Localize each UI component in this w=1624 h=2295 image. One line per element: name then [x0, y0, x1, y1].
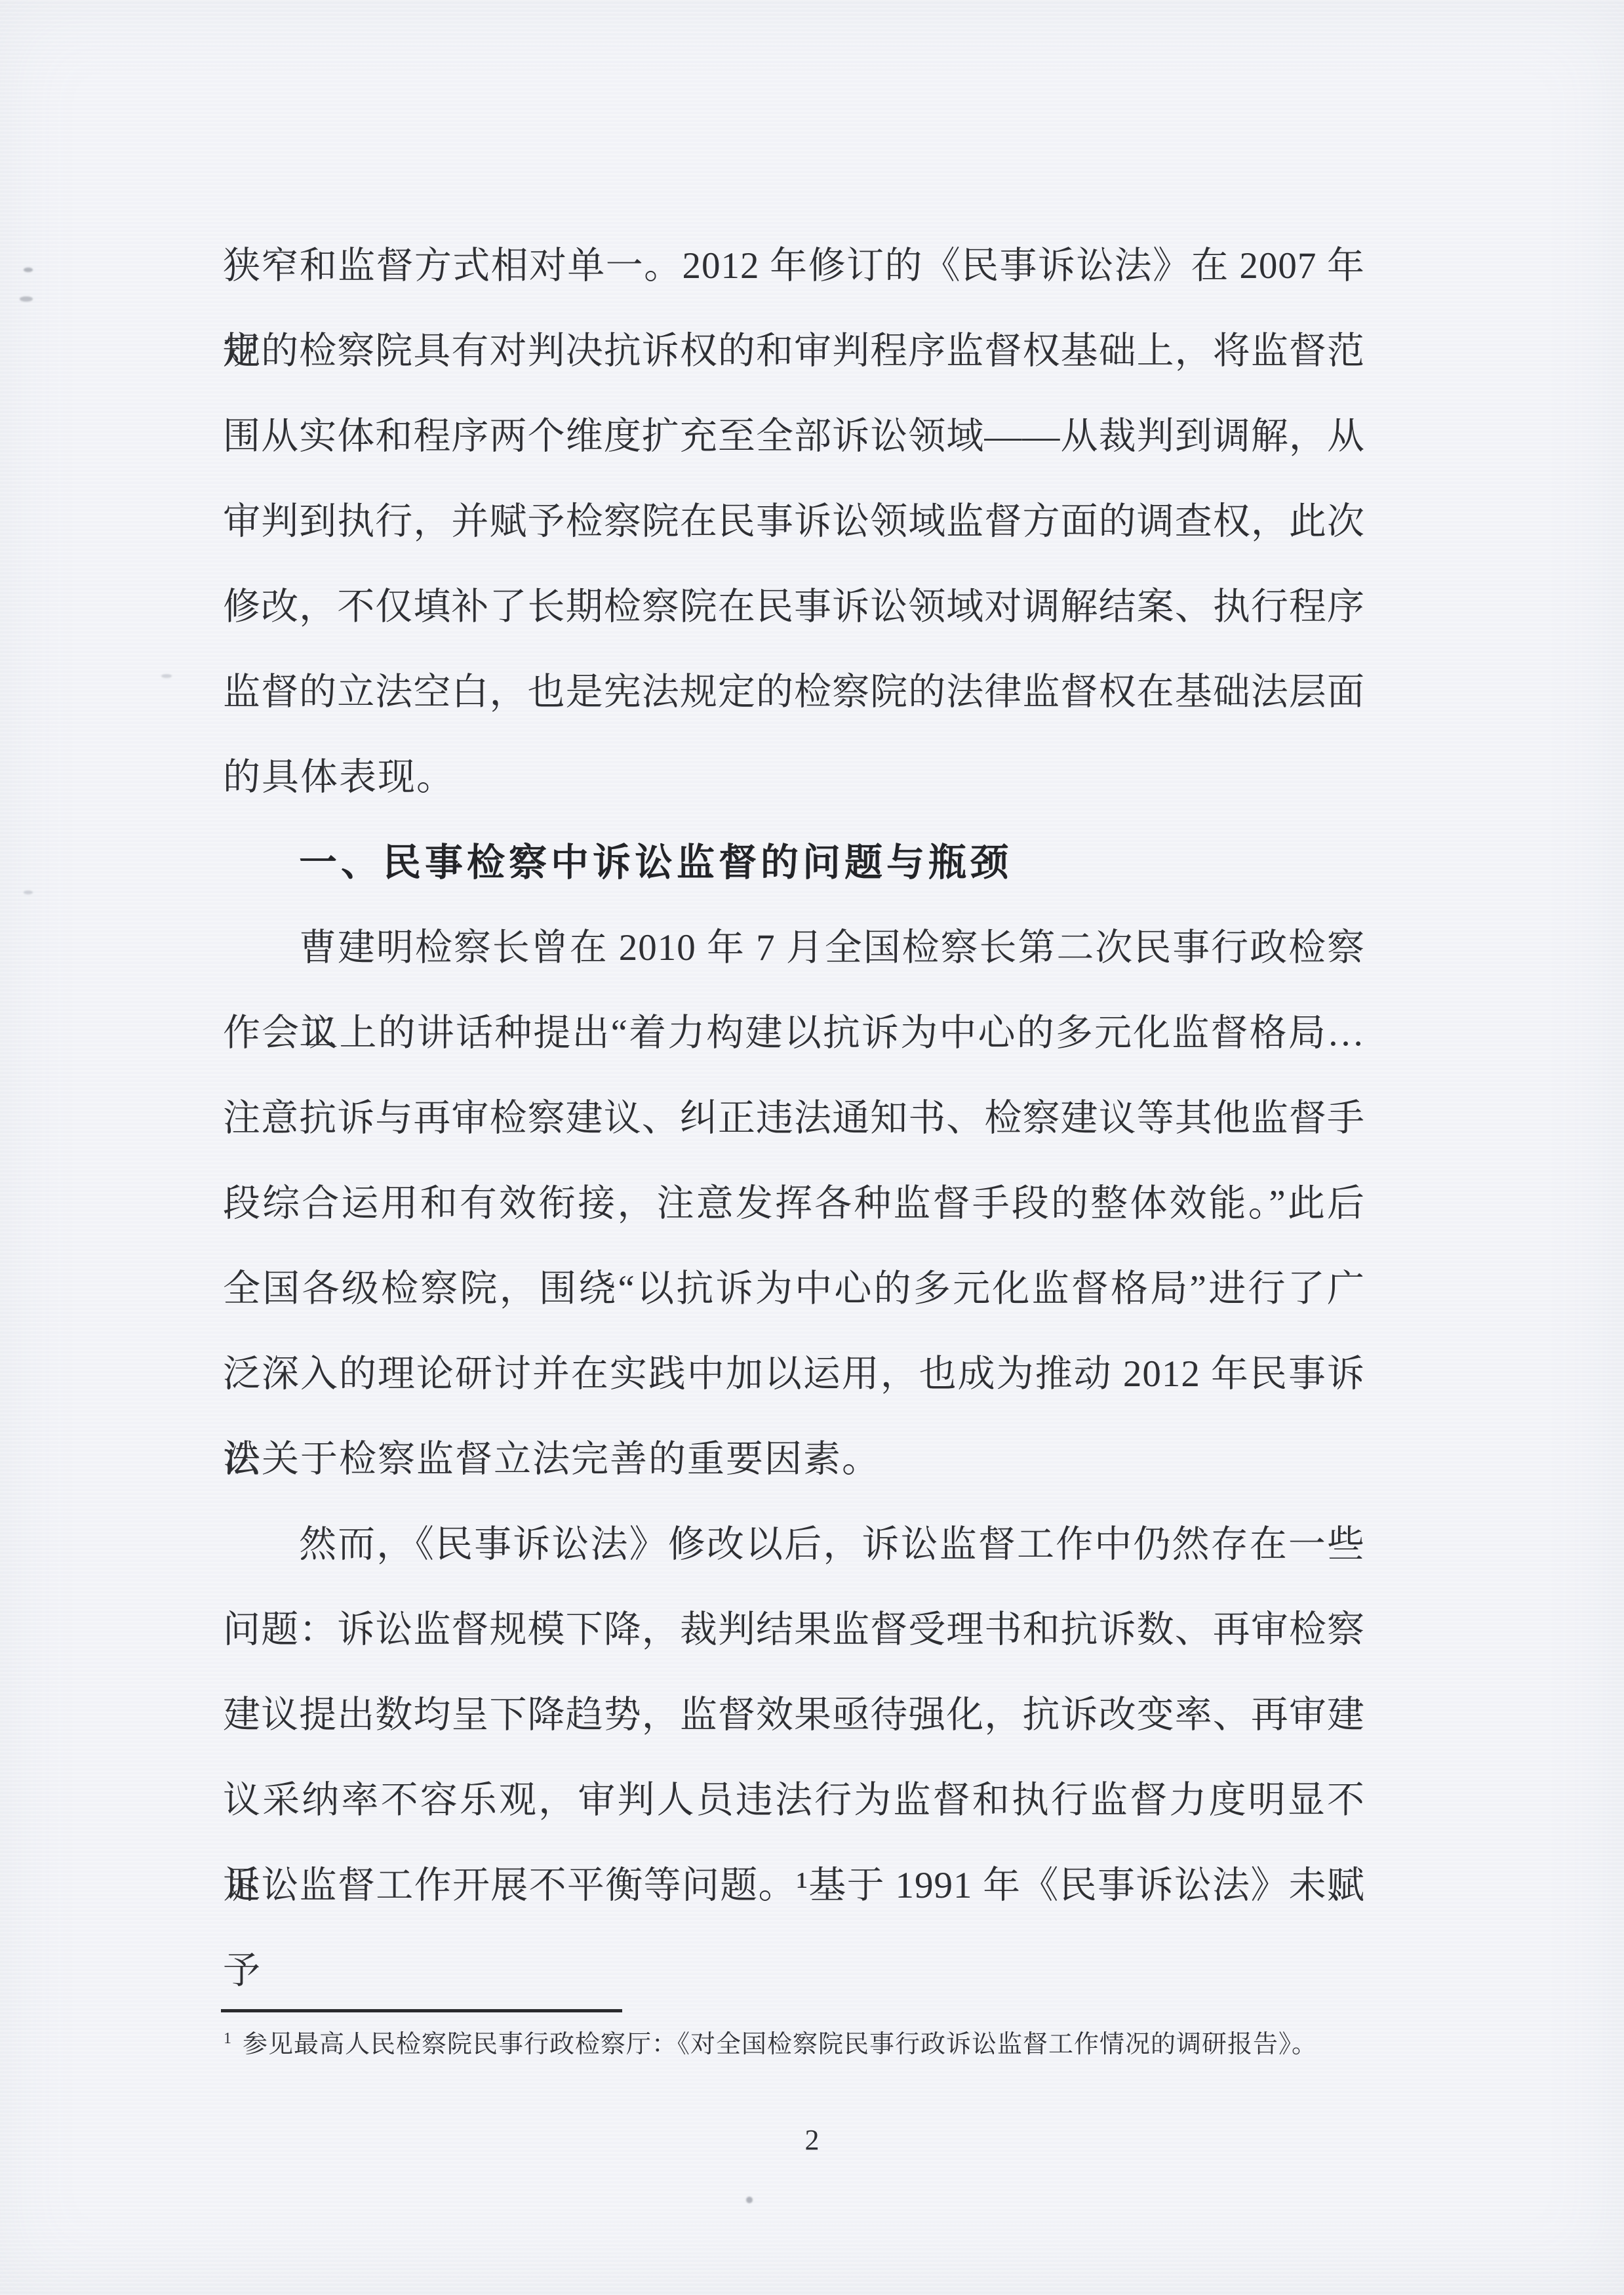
- scan-smudge: [20, 296, 33, 302]
- text-line: 狭窄和监督方式相对单一。2012 年修订的《民事诉讼法》在 2007 年规: [223, 224, 1365, 309]
- text-line: 定的检察院具有对判决抗诉权的和审判程序监督权基础上，将监督范: [223, 309, 1365, 394]
- text-line: 段综合运用和有效衔接，注意发挥各种监督手段的整体效能。”此后: [223, 1161, 1365, 1247]
- footnote-text: 参见最高人民检察院民事行政检察厅：《对全国检察院民事行政诉讼监督工作情况的调研报…: [243, 2031, 1317, 2058]
- scanned-document-page: 狭窄和监督方式相对单一。2012 年修订的《民事诉讼法》在 2007 年规 定的…: [0, 0, 1624, 2295]
- text-line: 注意抗诉与再审检察建议、纠正违法通知书、检察建议等其他监督手: [223, 1076, 1365, 1161]
- section-heading: 一、民事检察中诉讼监督的问题与瓶颈: [223, 820, 1365, 906]
- text-line: 监督的立法空白，也是宪法规定的检察院的法律监督权在基础法层面: [223, 650, 1365, 735]
- scan-smudge: [24, 890, 33, 894]
- footnote-marker: 1: [224, 2030, 232, 2047]
- text-line: 诉讼监督工作开展不平衡等问题。¹基于 1991 年《民事诉讼法》未赋予: [223, 1843, 1365, 1928]
- text-line: 围从实体和程序两个维度扩充至全部诉讼领域——从裁判到调解，从: [223, 394, 1365, 479]
- text-line: 审判到执行，并赋予检察院在民事诉讼领域监督方面的调查权，此次: [223, 479, 1365, 565]
- text-line: 修改，不仅填补了长期检察院在民事诉讼领域对调解结案、执行程序: [223, 565, 1365, 650]
- text-line: 建议提出数均呈下降趋势，监督效果亟待强化，抗诉改变率、再审建: [223, 1673, 1365, 1758]
- page-number: 2: [0, 2123, 1624, 2157]
- text-line: 全国各级检察院，围绕“以抗诉为中心的多元化监督格局”进行了广: [223, 1247, 1365, 1332]
- text-line: 然而，《民事诉讼法》修改以后，诉讼监督工作中仍然存在一些: [223, 1502, 1365, 1587]
- scan-smudge: [746, 2197, 753, 2203]
- scan-smudge: [24, 268, 33, 272]
- text-line: 作会议上的讲话种提出“着力构建以抗诉为中心的多元化监督格局…: [223, 991, 1365, 1076]
- text-line: 法关于检察监督立法完善的重要因素。: [223, 1417, 1365, 1502]
- document-body: 狭窄和监督方式相对单一。2012 年修订的《民事诉讼法》在 2007 年规 定的…: [223, 224, 1365, 1928]
- text-line: 议采纳率不容乐观，审判人员违法行为监督和执行监督力度明显不足、: [223, 1758, 1365, 1843]
- footnote: 1参见最高人民检察院民事行政检察厅：《对全国检察院民事行政诉讼监督工作情况的调研…: [224, 2024, 1351, 2060]
- scan-smudge: [161, 674, 172, 678]
- footnote-separator: [221, 2009, 622, 2012]
- text-line: 泛深入的理论研讨并在实践中加以运用，也成为推动 2012 年民事诉讼: [223, 1332, 1365, 1417]
- text-line: 曹建明检察长曾在 2010 年 7 月全国检察长第二次民事行政检察工: [223, 906, 1365, 991]
- text-line: 的具体表现。: [223, 735, 1365, 820]
- text-line: 问题：诉讼监督规模下降，裁判结果监督受理书和抗诉数、再审检察: [223, 1587, 1365, 1673]
